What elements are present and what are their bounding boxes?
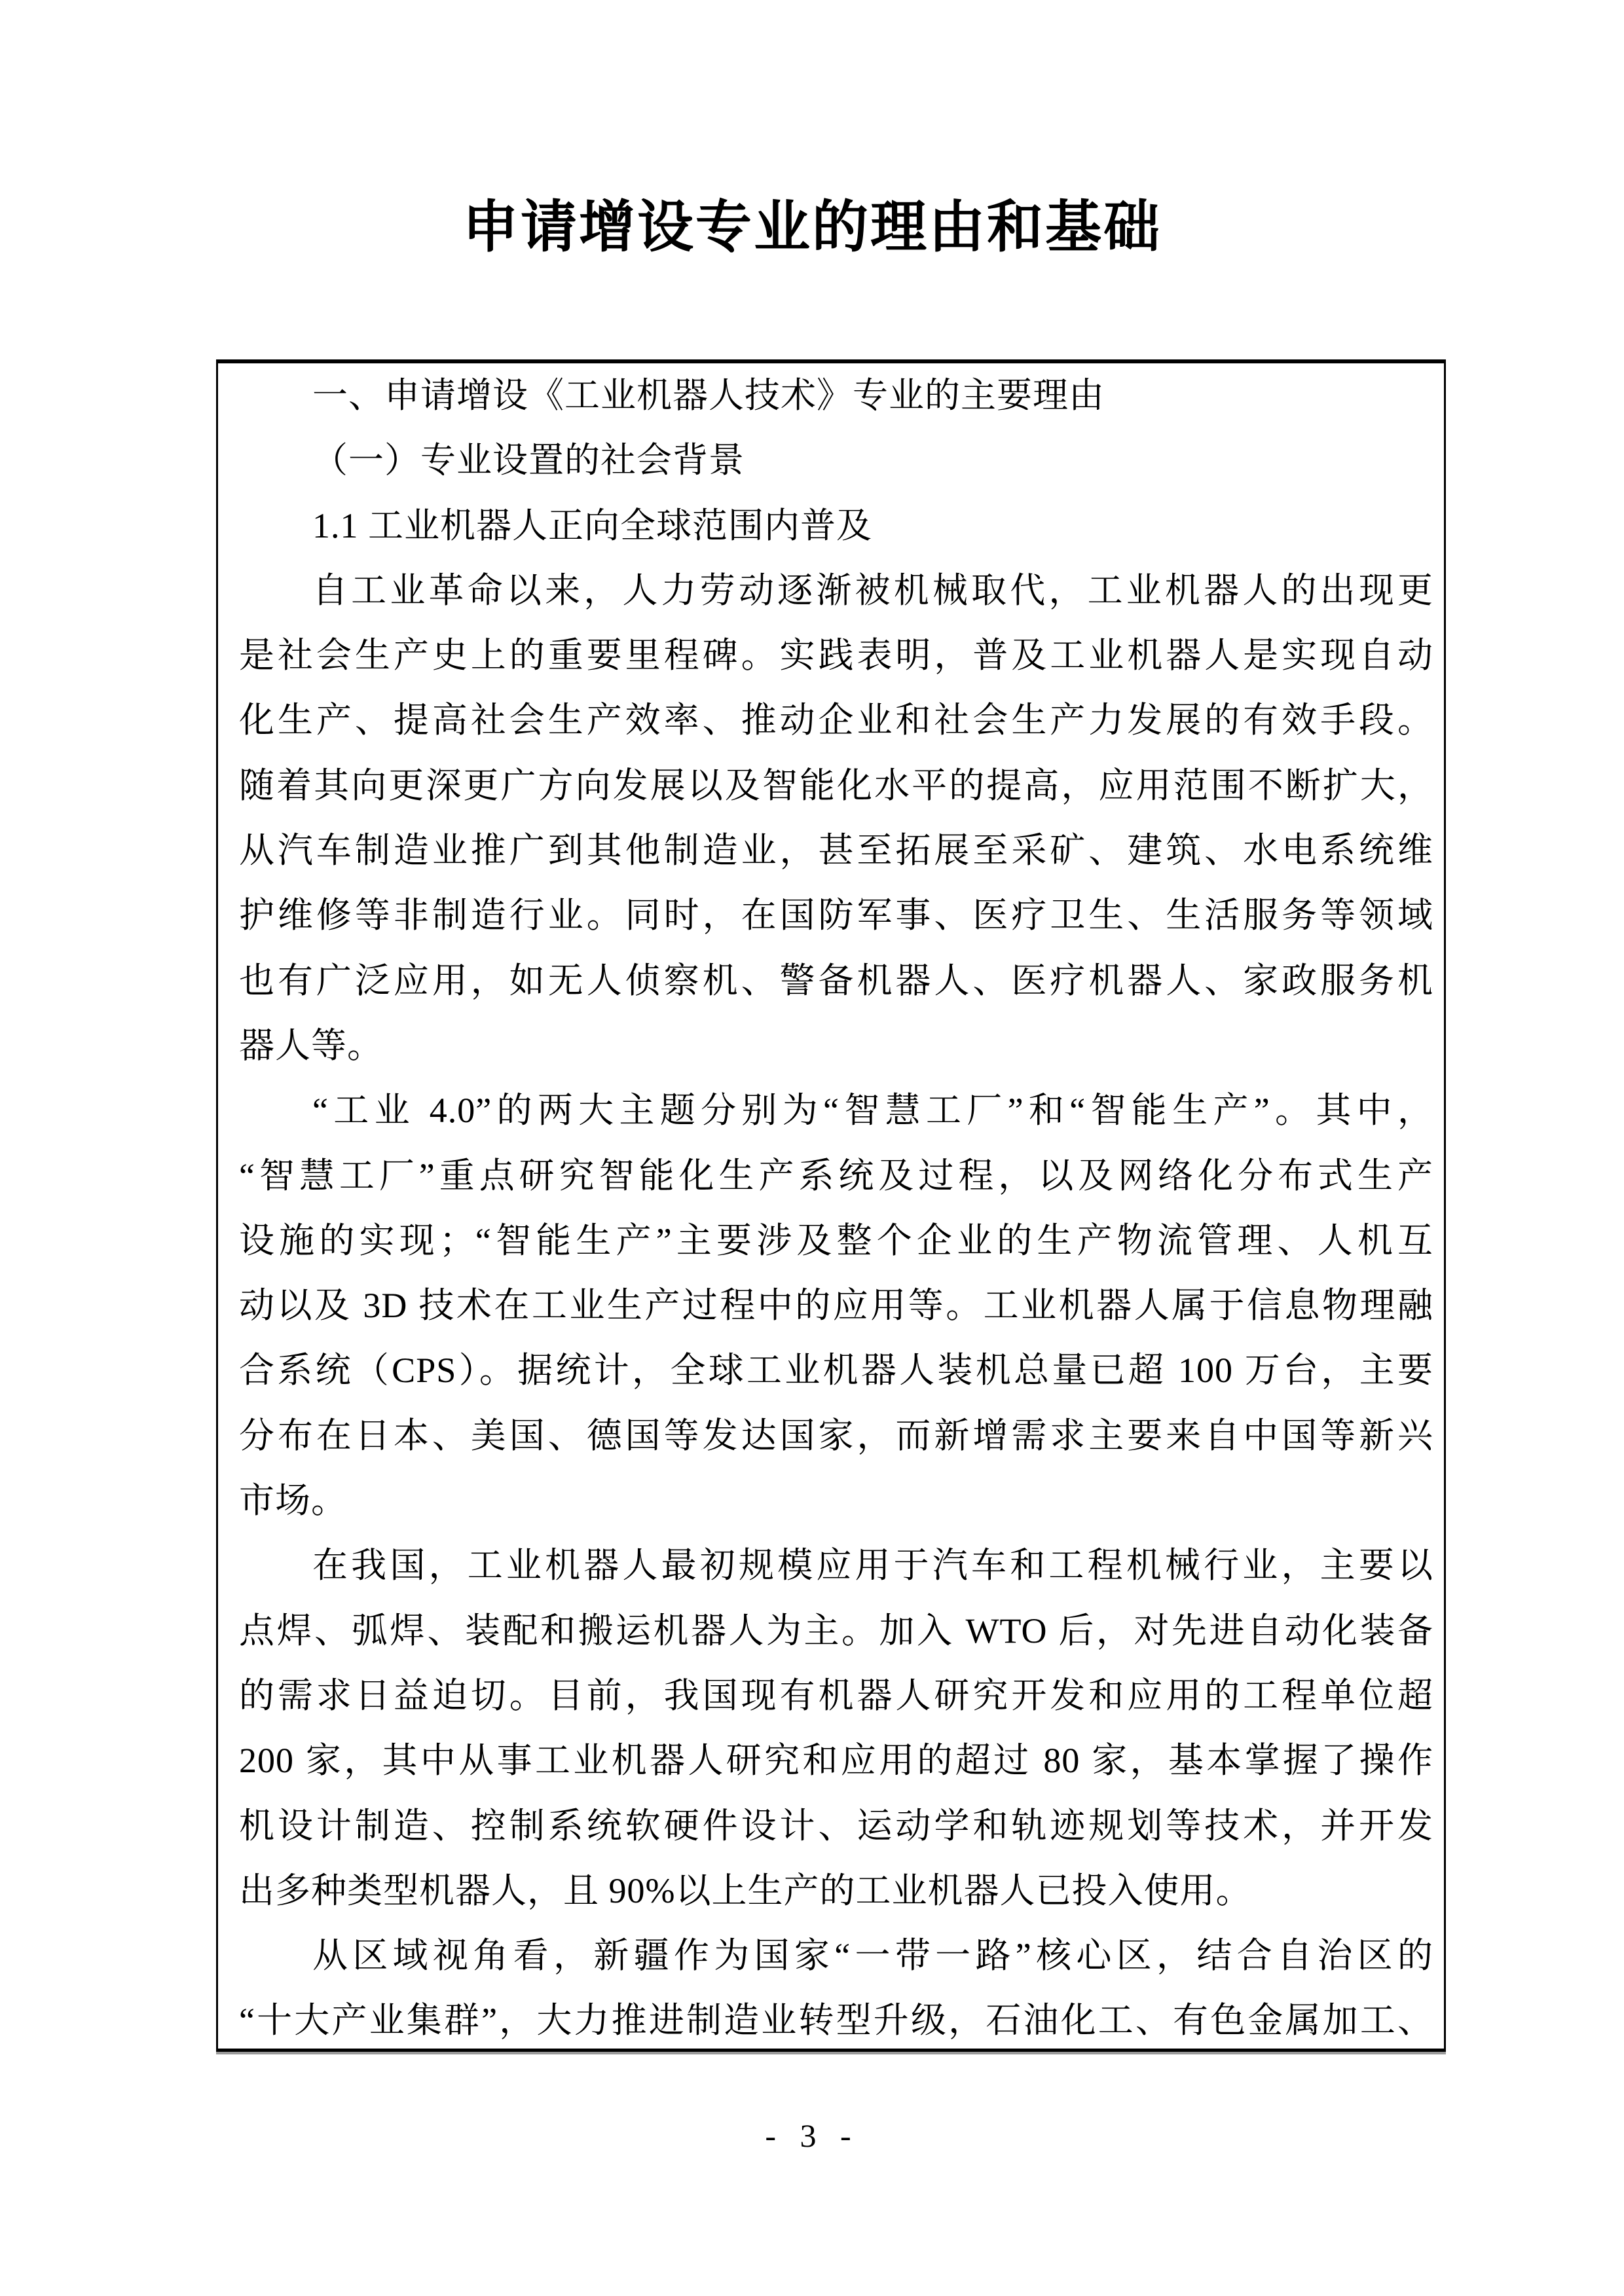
text-line: 一、申请增设《工业机器人技术》专业的主要理由 <box>239 363 1433 428</box>
text-line: “智慧工厂”重点研究智能化生产系统及过程，以及网络化分布式生产 <box>239 1144 1433 1209</box>
text-line: 出多种类型机器人，且 90%以上生产的工业机器人已投入使用。 <box>239 1859 1433 1923</box>
text-line: “十大产业集群”，大力推进制造业转型升级，石油化工、有色金属加工、 <box>239 1988 1433 2052</box>
text-line: “工业 4.0”的两大主题分别为“智慧工厂”和“智能生产”。其中， <box>239 1078 1433 1143</box>
text-line: 自工业革命以来，人力劳动逐渐被机械取代，工业机器人的出现更 <box>239 558 1433 623</box>
text-line: 分布在日本、美国、德国等发达国家，而新增需求主要来自中国等新兴 <box>239 1404 1433 1468</box>
text-line: 动以及 3D 技术在工业生产过程中的应用等。工业机器人属于信息物理融 <box>239 1273 1433 1338</box>
text-line: 随着其向更深更广方向发展以及智能化水平的提高，应用范围不断扩大， <box>239 754 1433 818</box>
text-line: 1.1 工业机器人正向全球范围内普及 <box>239 494 1433 558</box>
text-line: 在我国，工业机器人最初规模应用于汽车和工程机械行业，主要以 <box>239 1533 1433 1598</box>
text-line: 是社会生产史上的重要里程碑。实践表明，普及工业机器人是实现自动 <box>239 623 1433 688</box>
text-line: 合系统（CPS）。据统计，全球工业机器人装机总量已超 100 万台，主要 <box>239 1338 1433 1403</box>
text-line: 从区域视角看，新疆作为国家“一带一路”核心区，结合自治区的 <box>239 1923 1433 1988</box>
document-page: 申请增设专业的理由和基础 一、申请增设《工业机器人技术》专业的主要理由（一）专业… <box>0 0 1624 2296</box>
text-line: 点焊、弧焊、装配和搬运机器人为主。加入 WTO 后，对先进自动化装备 <box>239 1599 1433 1664</box>
text-line: 化生产、提高社会生产效率、推动企业和社会生产力发展的有效手段。 <box>239 688 1433 753</box>
text-line: 的需求日益迫切。目前，我国现有机器人研究开发和应用的工程单位超 <box>239 1664 1433 1728</box>
text-line: （一）专业设置的社会背景 <box>239 428 1433 493</box>
page-title: 申请增设专业的理由和基础 <box>0 194 1624 261</box>
text-line: 护维修等非制造行业。同时，在国防军事、医疗卫生、生活服务等领域 <box>239 883 1433 948</box>
text-line: 也有广泛应用，如无人侦察机、警备机器人、医疗机器人、家政服务机 <box>239 949 1433 1013</box>
text-line: 市场。 <box>239 1468 1433 1533</box>
text-line: 200 家，其中从事工业机器人研究和应用的超过 80 家，基本掌握了操作 <box>239 1728 1433 1793</box>
page-number: - 3 - <box>0 2116 1624 2155</box>
text-line: 器人等。 <box>239 1013 1433 1078</box>
content-box: 一、申请增设《工业机器人技术》专业的主要理由（一）专业设置的社会背景1.1 工业… <box>216 359 1446 2052</box>
text-line: 从汽车制造业推广到其他制造业，甚至拓展至采矿、建筑、水电系统维 <box>239 818 1433 883</box>
text-line: 机设计制造、控制系统软硬件设计、运动学和轨迹规划等技术，并开发 <box>239 1794 1433 1859</box>
text-line: 设施的实现；“智能生产”主要涉及整个企业的生产物流管理、人机互 <box>239 1209 1433 1273</box>
